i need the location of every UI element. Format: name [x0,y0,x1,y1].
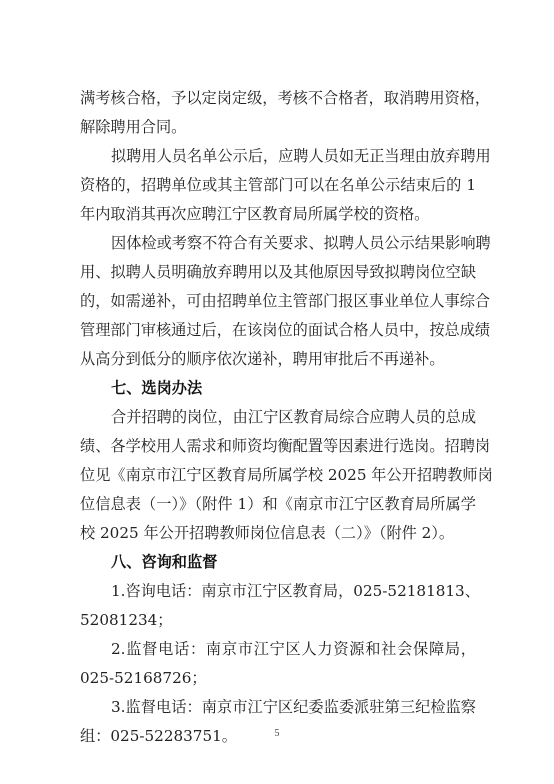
paragraph-line: 年内取消其再次应聘江宁区教育局所属学校的资格。 [80,200,476,229]
paragraph-line: 用、拟聘人员明确放弃聘用以及其他原因导致拟聘岗位空缺 [80,258,476,287]
section-heading-seven: 七、选岗办法 [80,374,476,403]
contact-line-consult: 1.咨询电话：南京市江宁区教育局，025-52181813、 [80,577,476,606]
paragraph-line: 绩、各学校用人需求和师资均衡配置等因素进行选岗。招聘岗 [80,432,476,461]
contact-line-supervise-discipline: 3.监督电话：南京市江宁区纪委监委派驻第三纪检监察 [80,693,476,722]
paragraph-line: 位见《南京市江宁区教育局所属学校 2025 年公开招聘教师岗 [80,461,476,490]
paragraph-line: 管理部门审核通过后，在该岗位的面试合格人员中，按总成绩 [80,316,476,345]
paragraph-line: 满考核合格，予以定岗定级，考核不合格者，取消聘用资格， [80,84,476,113]
paragraph-line: 合并招聘的岗位，由江宁区教育局综合应聘人员的总成 [80,403,476,432]
contact-line-supervise-hr-cont: 025-52168726； [80,664,476,693]
page-number: 5 [0,728,554,739]
paragraph-line: 校 2025 年公开招聘教师岗位信息表（二）》（附件 2）。 [80,519,476,548]
paragraph-line: 解除聘用合同。 [80,113,476,142]
contact-line-consult-cont: 52081234； [80,606,476,635]
paragraph-line: 因体检或考察不符合有关要求、拟聘人员公示结果影响聘 [80,229,476,258]
paragraph-line: 的，如需递补，可由招聘单位主管部门报区事业单位人事综合 [80,287,476,316]
paragraph-line: 拟聘用人员名单公示后，应聘人员如无正当理由放弃聘用 [80,142,476,171]
paragraph-line: 资格的，招聘单位或其主管部门可以在名单公示结束后的 1 [80,171,476,200]
section-heading-eight: 八、咨询和监督 [80,548,476,577]
contact-line-supervise-hr: 2.监督电话：南京市江宁区人力资源和社会保障局， [80,635,476,664]
document-page-body: 满考核合格，予以定岗定级，考核不合格者，取消聘用资格， 解除聘用合同。 拟聘用人… [80,84,476,751]
paragraph-line: 从高分到低分的顺序依次递补，聘用审批后不再递补。 [80,345,476,374]
paragraph-line: 位信息表（一）》（附件 1）和《南京市江宁区教育局所属学 [80,490,476,519]
